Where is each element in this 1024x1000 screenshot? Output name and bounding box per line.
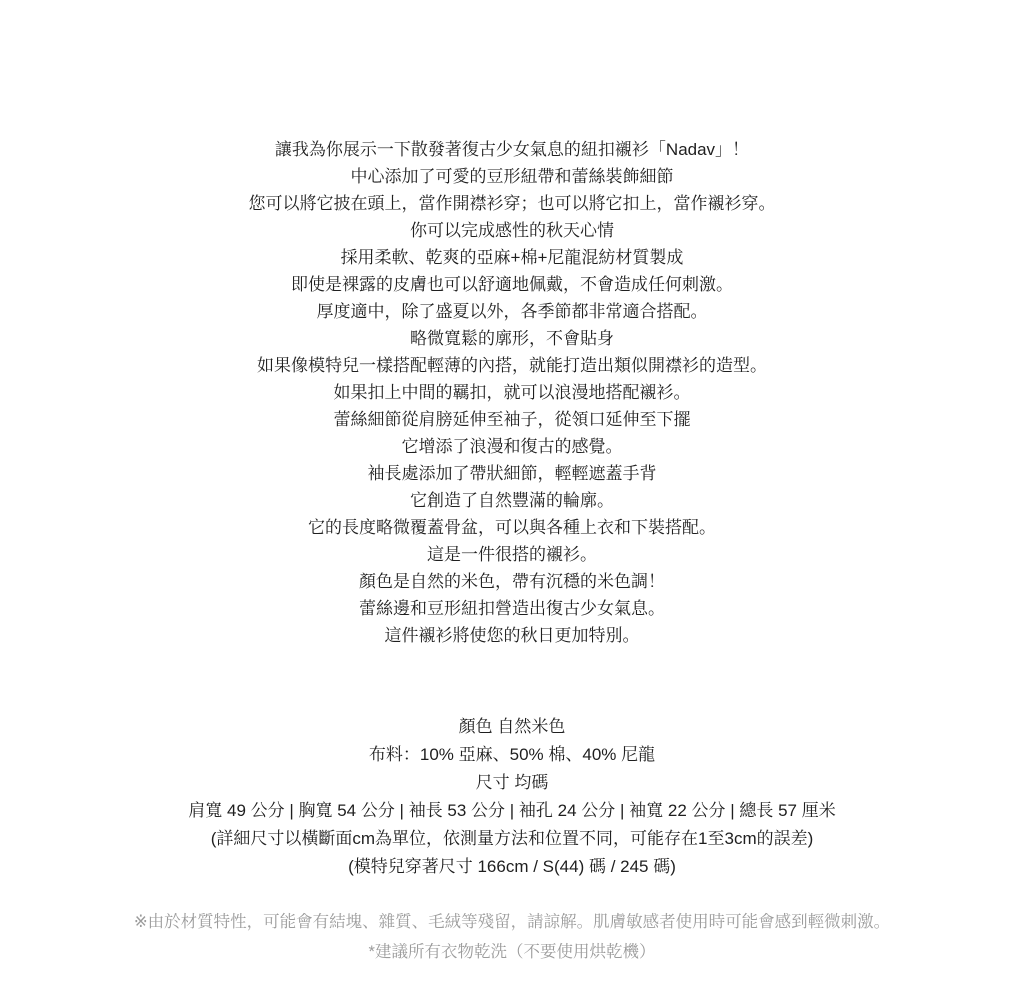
spec-color: 顏色 自然米色	[0, 713, 1024, 741]
description-line: 這件襯衫將使您的秋日更加特別。	[0, 622, 1024, 649]
description-line: 您可以將它披在頭上，當作開襟衫穿；也可以將它扣上，當作襯衫穿。	[0, 190, 1024, 217]
product-description-block: 讓我為你展示一下散發著復古少女氣息的紐扣襯衫「Nadav」！ 中心添加了可愛的豆…	[0, 136, 1024, 649]
material-caution-note: ※由於材質特性，可能會有結塊、雜質、毛絨等殘留，請諒解。肌膚敏感者使用時可能會感…	[0, 907, 1024, 937]
description-line: 略微寬鬆的廓形，不會貼身	[0, 325, 1024, 352]
description-line: 這是一件很搭的襯衫。	[0, 541, 1024, 568]
spec-measurements: 肩寬 49 公分 | 胸寬 54 公分 | 袖長 53 公分 | 袖孔 24 公…	[0, 797, 1024, 825]
description-line: 它創造了自然豐滿的輪廓。	[0, 487, 1024, 514]
description-line: 讓我為你展示一下散發著復古少女氣息的紐扣襯衫「Nadav」！	[0, 136, 1024, 163]
product-specs-block: 顏色 自然米色 布料：10% 亞麻、50% 棉、40% 尼龍 尺寸 均碼 肩寬 …	[0, 713, 1024, 881]
description-line: 中心添加了可愛的豆形紐帶和蕾絲裝飾細節	[0, 163, 1024, 190]
product-notes-block: ※由於材質特性，可能會有結塊、雜質、毛絨等殘留，請諒解。肌膚敏感者使用時可能會感…	[0, 907, 1024, 967]
description-line: 顏色是自然的米色，帶有沉穩的米色調！	[0, 568, 1024, 595]
description-line: 即使是裸露的皮膚也可以舒適地佩戴，不會造成任何刺激。	[0, 271, 1024, 298]
description-line: 厚度適中，除了盛夏以外，各季節都非常適合搭配。	[0, 298, 1024, 325]
description-line: 袖長處添加了帶狀細節，輕輕遮蓋手背	[0, 460, 1024, 487]
description-line: 如果像模特兒一樣搭配輕薄的內搭，就能打造出類似開襟衫的造型。	[0, 352, 1024, 379]
description-line: 它的長度略微覆蓋骨盆，可以與各種上衣和下裝搭配。	[0, 514, 1024, 541]
spec-model-info: (模特兒穿著尺寸 166cm / S(44) 碼 / 245 碼)	[0, 853, 1024, 881]
description-line: 它增添了浪漫和復古的感覺。	[0, 433, 1024, 460]
description-line: 蕾絲邊和豆形紐扣營造出復古少女氣息。	[0, 595, 1024, 622]
spec-tolerance: (詳細尺寸以橫斷面cm為單位，依測量方法和位置不同，可能存在1至3cm的誤差)	[0, 825, 1024, 853]
description-line: 採用柔軟、乾爽的亞麻+棉+尼龍混紡材質製成	[0, 244, 1024, 271]
description-line: 如果扣上中間的羈扣，就可以浪漫地搭配襯衫。	[0, 379, 1024, 406]
description-line: 你可以完成感性的秋天心情	[0, 217, 1024, 244]
spec-fabric: 布料：10% 亞麻、50% 棉、40% 尼龍	[0, 741, 1024, 769]
spec-size: 尺寸 均碼	[0, 769, 1024, 797]
product-description-page: 讓我為你展示一下散發著復古少女氣息的紐扣襯衫「Nadav」！ 中心添加了可愛的豆…	[0, 0, 1024, 1000]
care-instruction-note: *建議所有衣物乾洗（不要使用烘乾機）	[0, 937, 1024, 967]
description-line: 蕾絲細節從肩膀延伸至袖子，從領口延伸至下擺	[0, 406, 1024, 433]
